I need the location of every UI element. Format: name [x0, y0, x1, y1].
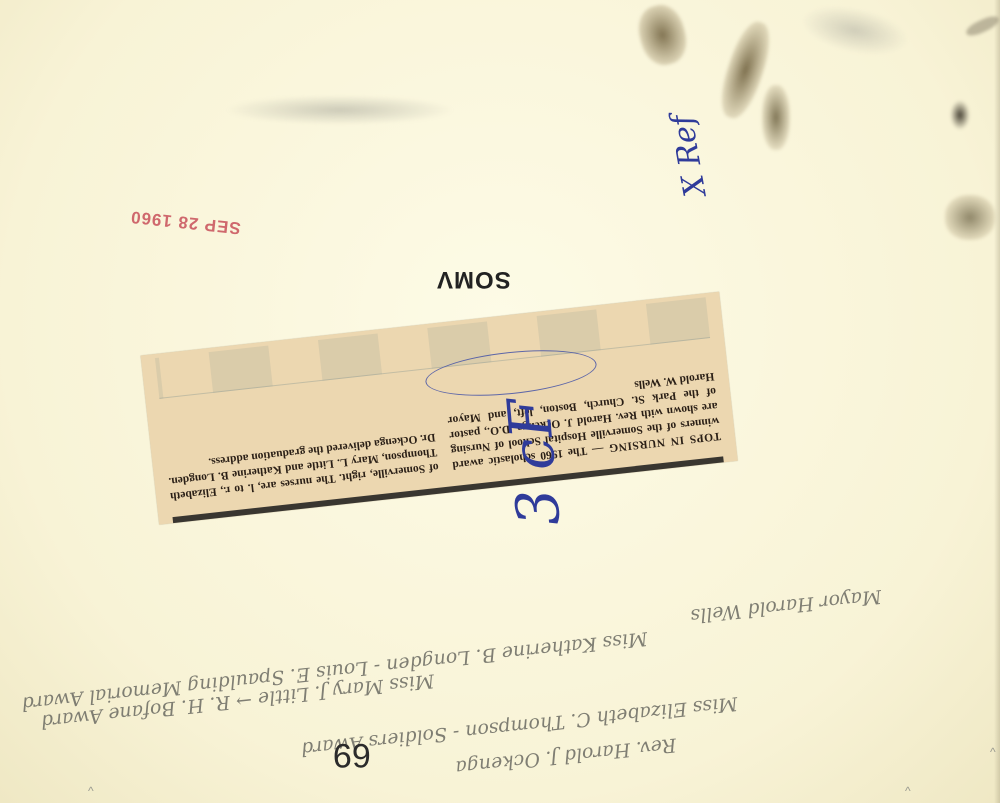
- clipping-label: SOMV: [436, 265, 511, 293]
- smudge: [945, 195, 995, 240]
- file-code-annotation: 3 cF: [495, 395, 574, 529]
- tick-mark: ^: [88, 784, 94, 798]
- tape-residue: [225, 95, 455, 125]
- clipping-column-2: of Somerville, right. The nurses are, l.…: [163, 399, 440, 503]
- tick-mark: ^: [905, 784, 911, 798]
- pencil-number: 69: [333, 735, 371, 774]
- smudge: [950, 100, 970, 130]
- smudge: [762, 85, 790, 150]
- paper-edge: [994, 0, 1000, 803]
- tick-mark: ^: [990, 745, 996, 759]
